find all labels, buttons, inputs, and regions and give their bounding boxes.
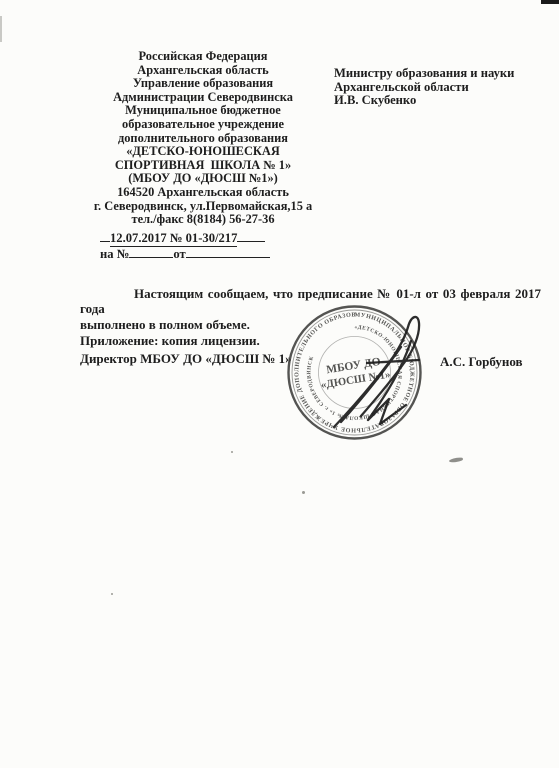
- sender-line: Управление образования: [72, 77, 334, 91]
- outgoing-number-line: 12.07.2017 № 01-30/217: [100, 231, 320, 247]
- sender-line: Администрации Северодвинска: [72, 91, 334, 105]
- blank-line: [129, 257, 173, 258]
- sender-line-org-name: «ДЕТСКО-ЮНОШЕСКАЯ: [72, 145, 334, 159]
- signature-title: Директор МБОУ ДО «ДЮСШ № 1»: [80, 351, 292, 367]
- signature-name: А.С. Горбунов: [440, 354, 523, 370]
- scan-speck: [231, 451, 233, 453]
- recipient-line: Министру образования и науки: [334, 67, 549, 81]
- recipient-block: Министру образования и науки Архангельск…: [334, 67, 549, 108]
- scan-speck: [302, 491, 305, 494]
- recipient-name: И.В. Скубенко: [334, 94, 549, 108]
- blank-line: [237, 241, 265, 242]
- blank-line: [186, 257, 270, 258]
- sender-line: дополнительного образования: [72, 132, 334, 146]
- sender-line: образовательное учреждение: [72, 118, 334, 132]
- sender-line: Российская Федерация: [72, 50, 334, 64]
- sender-line-address: г. Северодвинск, ул.Первомайская,15 а: [72, 200, 334, 214]
- sender-line-org-name: СПОРТИВНАЯ ШКОЛА № 1»: [72, 159, 334, 173]
- sender-letterhead: Российская Федерация Архангельская облас…: [72, 50, 334, 227]
- scan-smudge: [449, 457, 463, 463]
- reply-prefix: на №: [100, 247, 129, 261]
- sender-line: Архангельская область: [72, 64, 334, 78]
- sender-line-address: 164520 Архангельская область: [72, 186, 334, 200]
- blank-line: [100, 241, 110, 242]
- scan-speck: [111, 593, 113, 595]
- recipient-line: Архангельской области: [334, 81, 549, 95]
- sender-line: (МБОУ ДО «ДЮСШ №1»): [72, 172, 334, 186]
- scan-artifact-left-edge: [0, 16, 2, 42]
- outgoing-date-number: 12.07.2017 № 01-30/217: [110, 231, 237, 247]
- sender-line-phone: тел./факс 8(8184) 56-27-36: [72, 213, 334, 227]
- sender-line: Муниципальное бюджетное: [72, 104, 334, 118]
- reply-from-label: от: [173, 247, 185, 261]
- reply-reference-line: на №от: [100, 247, 320, 262]
- scanned-letter-page: Российская Федерация Архангельская облас…: [0, 0, 559, 768]
- handwritten-signature: [318, 303, 446, 437]
- scan-artifact-top-right: [541, 0, 559, 4]
- reference-block: 12.07.2017 № 01-30/217 на №от: [100, 231, 320, 262]
